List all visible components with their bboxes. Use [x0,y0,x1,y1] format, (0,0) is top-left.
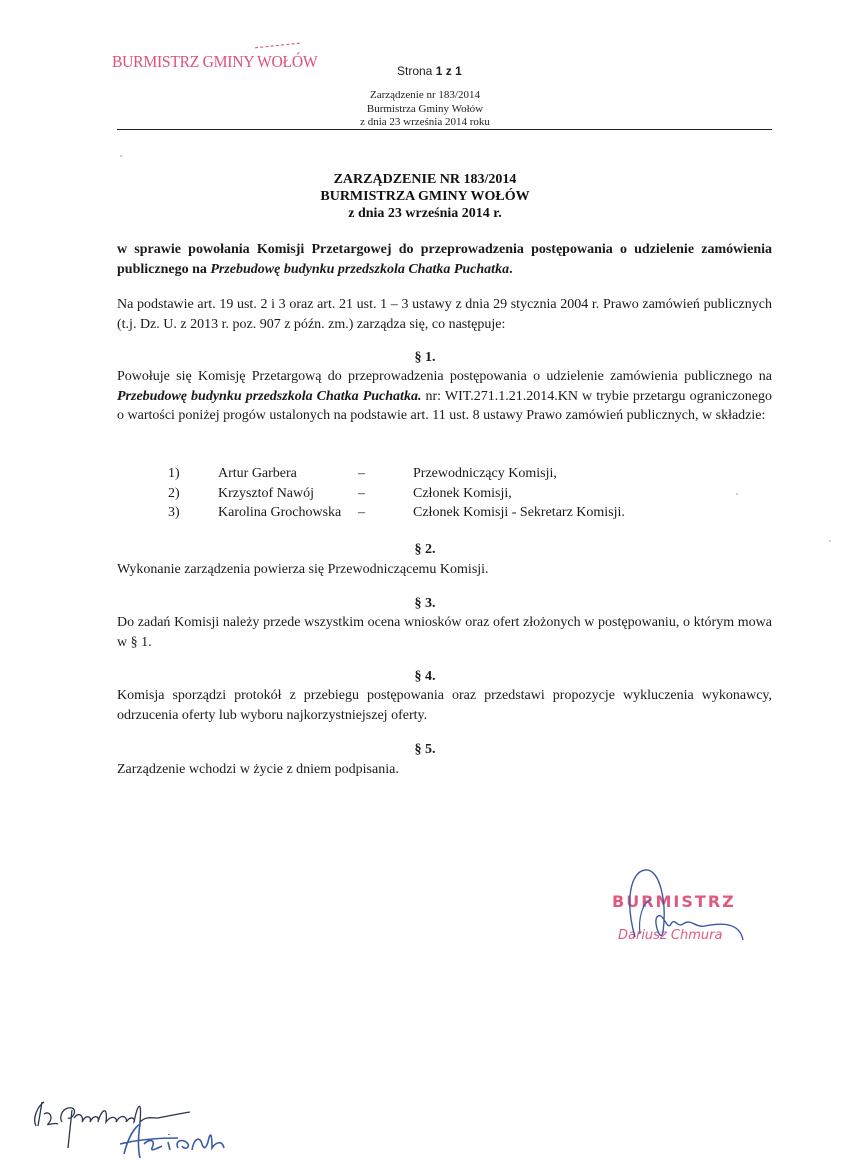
member-row: 3) Karolina Grochowska – Członek Komisji… [168,503,688,523]
member-role: Członek Komisji, [413,484,512,504]
subject-suffix: . [509,262,513,277]
section-3-heading: § 3. [0,596,850,612]
legal-basis-paragraph: Na podstawie art. 19 ust. 2 i 3 oraz art… [117,295,772,334]
stamp-burmistrz-gminy: BURMISTRZ GMINY WOŁÓW [112,52,317,72]
member-dash: – [358,464,365,484]
member-name: Krzysztof Nawój [218,484,314,504]
scan-speck [829,540,831,542]
member-role: Członek Komisji - Sekretarz Komisji. [413,503,625,523]
mayor-signature-icon [605,862,755,957]
section-2-heading: § 2. [0,542,850,558]
header-line-3: z dnia 23 września 2014 roku [0,116,850,128]
handwritten-signatures-icon [28,1088,238,1163]
member-number: 1) [168,464,180,484]
scan-speck [736,493,738,495]
section-3-text: Do zadań Komisji należy przede wszystkim… [117,613,772,652]
member-dash: – [358,484,365,504]
header-rule [117,129,772,130]
scan-speck [120,155,122,157]
member-number: 3) [168,503,180,523]
member-number: 2) [168,484,180,504]
subject-italic: Przebudowę budynku przedszkola Chatka Pu… [210,262,509,277]
page-sep: z [442,64,455,78]
section-4-heading: § 4. [0,669,850,685]
page-total: 1 [455,64,462,78]
member-name: Karolina Grochowska [218,503,341,523]
member-row: 2) Krzysztof Nawój – Członek Komisji, [168,484,688,504]
header-line-2: Burmistrza Gminy Wołów [0,103,850,115]
header-line-1: Zarządzenie nr 183/2014 [0,89,850,101]
member-dash: – [358,503,365,523]
member-role: Przewodniczący Komisji, [413,464,557,484]
section-4-text: Komisja sporządzi protokół z przebiegu p… [117,686,772,725]
document-title-date: z dnia 23 września 2014 r. [0,206,850,222]
section-1-prefix: Powołuje się Komisję Przetargową do prze… [117,369,772,384]
document-title-line-2: BURMISTRZA GMINY WOŁÓW [0,189,850,205]
member-name: Artur Garbera [218,464,297,484]
document-title-line-1: ZARZĄDZENIE NR 183/2014 [0,172,850,188]
section-1-text: Powołuje się Komisję Przetargową do prze… [117,367,772,426]
section-5-heading: § 5. [0,742,850,758]
section-1-heading: § 1. [0,350,850,366]
section-2-text: Wykonanie zarządzenia powierza się Przew… [117,560,772,580]
stamp-mark [255,43,300,51]
subject-paragraph: w sprawie powołania Komisji Przetargowej… [117,240,772,279]
section-1-project-name: Przebudowę budynku przedszkola Chatka Pu… [117,389,421,404]
page-indicator: Strona 1 z 1 [397,64,462,78]
section-5-text: Zarządzenie wchodzi w życie z dniem podp… [117,760,772,780]
page-prefix: Strona [397,64,436,78]
member-row: 1) Artur Garbera – Przewodniczący Komisj… [168,464,688,484]
